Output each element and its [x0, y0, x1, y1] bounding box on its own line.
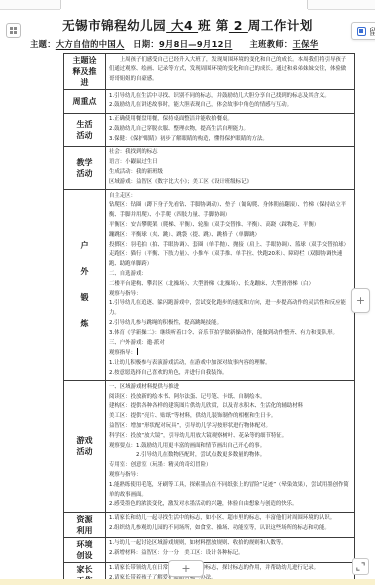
row-label: 户 外 锻 炼 — [64, 190, 106, 381]
cell-line: 1.与幼儿一起讨论区域游戏规则，如材料摆放规则、收拾的规则和人数等。 — [109, 539, 351, 549]
cell-line: 1.引导幼儿在生活中寻找、识别不同的标志，并鼓励幼儿大胆分享自己找到的标志及其含… — [109, 92, 351, 102]
bottom-toolbar-edge — [0, 579, 375, 585]
row-label: 主题诠 释及推 进 — [64, 54, 106, 90]
text-segment: 无锡市锦程幼儿园 — [62, 18, 166, 33]
row-content-cell[interactable]: 1.正确使用餐盘用餐，保持桌面整洁并能收拾餐桌。2.鼓励幼儿自己穿脱衣服、整理衣… — [106, 113, 355, 146]
cell-line: 钻爬区：钻圈（蹲下身子先看钻、手脚协调动）、垫子（匍匐爬、身体朝前翻滚）、竹梯（… — [109, 201, 351, 221]
plan-meta-line: 主题：大方自信的中国人 日期：9月8日—9月12日 主班教师：王保华 — [30, 38, 375, 50]
table-row: 生活 活动1.正确使用餐盘用餐，保持桌面整洁并能收拾餐桌。2.鼓励幼儿自己穿脱衣… — [64, 113, 355, 146]
cell-line: 一、区域游戏材料提供与推进 — [109, 383, 351, 393]
cell-line: 观察与指导： — [109, 471, 351, 481]
row-content-cell[interactable]: 一、区域游戏材料提供与推进阅读区：投放新的绘本书、阿尔法蛋、记号笔、卡纸、自制绘… — [106, 381, 355, 512]
cell-line: 1.能熟练使用毛笔，牙刷等工具，探索墨点在不同纸张上的冒险“足迹”（晕染效果），… — [109, 481, 351, 501]
row-label: 游戏 活动 — [64, 381, 106, 512]
cell-line: 语言：小鼹鼠过生日 — [109, 158, 351, 168]
cell-line: 建构区：提供各种各样的建筑图片供幼儿欣赏，以及青水积木、生活化的辅助材料 — [109, 402, 351, 412]
cell-line: 走跑区：猫行（平衡、下肢力量）、小推车（双手推、单手拉、快跑20米）、障碍栏（双… — [109, 250, 351, 270]
cell-line: 2.引导幼儿参与跳绳的积极性，提高跳绳技能。 — [109, 319, 351, 329]
cell-line: 美工区：提供“亮片、贴纸”等材料，供幼儿装饰制作的相框和生日卡。 — [109, 412, 351, 422]
add-row-button[interactable]: + — [168, 560, 204, 577]
cell-line: 上周孩子们感受自己已经升入大班了，发现周围环境的变化和自己的成长。本周我们将引导… — [109, 56, 351, 85]
comment-button[interactable]: 留 — [351, 22, 375, 40]
row-content-cell[interactable]: 1.与幼儿一起讨论区域游戏规则，如材料摆放规则、收拾的规则和人数等。2.新增材料… — [106, 537, 355, 562]
cell-line: 二楼平台建构、攀岩区（北操场）、大型滑梯（北操场）、长龙蹦床、大型滑滑梯（白） — [109, 280, 351, 290]
cell-line: 1.正确使用餐盘用餐，保持桌面整洁并能收拾餐桌。 — [109, 115, 351, 125]
row-label: 环境 创设 — [64, 537, 106, 562]
add-column-button[interactable]: + — [351, 288, 370, 313]
expand-icon — [356, 562, 365, 571]
cell-line: 投掷区：羽毛拍（拍、手眼协调）、套圈（单手抛）、抛接（肩上、手眼协调）、篮球（双… — [109, 241, 351, 251]
cell-line: 自主走区： — [109, 192, 351, 202]
text-segment: 大4 — [166, 18, 198, 33]
text-segment: 大方自信的中国人 — [56, 39, 125, 49]
cell-line: 蹦跳区：平衡球（夹、跳）、跳袋（提、跳）、跳格子（单脚跳） — [109, 231, 351, 241]
cell-line: 观察指导： — [109, 348, 351, 359]
document-page: 无锡市锦程幼儿园 大4 班 第 2 周工作计划 主题：大方自信的中国人 日期：9… — [0, 10, 375, 585]
cell-line: 3.保健：《保护眼睛》初步了解眼睛的构造，懂得保护眼睛的方法。 — [109, 135, 351, 145]
text-segment: 2 — [229, 18, 248, 33]
text-segment: 主题： — [30, 39, 56, 49]
cell-line: 益智区：增加“形状配对玩具”，引导幼儿学习按形状进行物体配对。 — [109, 422, 351, 432]
text-segment: 主班教师： — [232, 39, 292, 49]
row-label: 教学 活动 — [64, 146, 106, 189]
cell-line: 2.引导幼儿在数物匹配时，尝试点数更多数量的物体。 — [109, 451, 351, 461]
page-title: 无锡市锦程幼儿园 大4 班 第 2 周工作计划 — [0, 16, 375, 34]
row-content-cell[interactable]: 上周孩子们感受自己已经升入大班了，发现周围环境的变化和自己的成长。本周我们将引导… — [106, 54, 355, 90]
cell-line: 观察要点：1.鼓励幼儿用更丰富的画面和情节画出自己开心的事。 — [109, 442, 351, 452]
table-row: 游戏 活动一、区域游戏材料提供与推进阅读区：投放新的绘本书、阿尔法蛋、记号笔、卡… — [64, 381, 355, 512]
cell-line: 二、自选游戏： — [109, 270, 351, 280]
cell-line: 1.请家长带领幼儿在日常生活中寻找各种标志，探讨标志的作用，并帮助幼儿进行记录。 — [109, 564, 351, 574]
table-drag-handle-icon[interactable] — [6, 23, 21, 38]
text-segment: 周工作计划 — [248, 18, 313, 33]
text-segment: 日期： — [125, 39, 159, 49]
comment-button-label: 留 — [369, 25, 375, 38]
row-label: 资源 利用 — [64, 512, 106, 537]
table-row: 户 外 锻 炼自主走区：钻爬区：钻圈（蹲下身子先看钻、手脚协调动）、垫子（匍匐爬… — [64, 190, 355, 381]
cell-line: 区域游戏：益智区《数字比大小》；美工区《设计班级标记》 — [109, 178, 351, 188]
plan-table[interactable]: 主题诠 释及推 进 上周孩子们感受自己已经升入大班了，发现周围环境的变化和自己的… — [63, 53, 355, 585]
cell-line: 2.鼓励幼儿在讲述故事时，能大胆表现自己，体会故事中角色的情感与互动。 — [109, 101, 351, 111]
cell-line: 阅读区：投放新的绘本书、阿尔法蛋、记号笔、卡纸、自制绘本。 — [109, 393, 351, 403]
cell-line: 科学区：投放“放大镜”，引导幼儿用放大镜观察树叶、花朵等的细节特征。 — [109, 432, 351, 442]
text-segment: 班 第 — [198, 18, 229, 33]
cell-line: 1.请家长和幼儿一起寻找生活中的标志，如小区、超市里的标志，丰富他们对周围环境的… — [109, 514, 351, 524]
plus-icon: + — [181, 562, 190, 575]
grid-icon — [10, 27, 18, 35]
cell-line: 社会：我找到的标志 — [109, 148, 351, 158]
table-row: 周重点1.引导幼儿在生活中寻找、识别不同的标志，并鼓励幼儿大胆分享自己找到的标志… — [64, 90, 355, 114]
row-label: 周重点 — [64, 90, 106, 114]
table-row: 主题诠 释及推 进 上周孩子们感受自己已经升入大班了，发现周围环境的变化和自己的… — [64, 54, 355, 90]
cell-line: 生成活动：我的新班级 — [109, 168, 351, 178]
row-content-cell[interactable]: 1.请家长和幼儿一起寻找生活中的标志，如小区、超市里的标志，丰富他们对周围环境的… — [106, 512, 355, 537]
cell-line: 平衡区：安吉攀爬架（爬梯、平衡）、轮胎（双手交替推、平衡）、高跷（踩物走、平衡） — [109, 221, 351, 231]
cell-line: 2.组织幼儿参观幼儿园的不同场所，如食堂、操场、功能室等，认识这些场所的标志和功… — [109, 524, 351, 534]
row-content-cell[interactable]: 自主走区：钻爬区：钻圈（蹲下身子先看钻、手脚协调动）、垫子（匍匐爬、身体朝前翻滚… — [106, 190, 355, 381]
cell-line: 1.引导幼儿在追逐、躲闪跑游戏中，尝试变化跑步的速度和方向，进一步提高动作的灵活… — [109, 299, 351, 319]
row-content-cell[interactable]: 社会：我找到的标志语言：小鼹鼠过生日生成活动：我的新班级区域游戏：益智区《数字比… — [106, 146, 355, 189]
row-content-cell[interactable]: 1.引导幼儿在生活中寻找、识别不同的标志，并鼓励幼儿大胆分享自己找到的标志及其含… — [106, 90, 355, 114]
table-row: 环境 创设1.与幼儿一起讨论区域游戏规则，如材料摆放规则、收拾的规则和人数等。2… — [64, 537, 355, 562]
row-label: 生活 活动 — [64, 113, 106, 146]
text-segment: 9月8日—9月12日 — [159, 39, 232, 49]
plus-icon: + — [356, 294, 365, 307]
text-cursor — [137, 348, 138, 355]
cell-line: 2.鼓励幼儿自己穿脱衣服、整理衣物，提高生活自理能力。 — [109, 125, 351, 135]
table-row: 教学 活动社会：我找到的标志语言：小鼹鼠过生日生成活动：我的新班级区域游戏：益智… — [64, 146, 355, 189]
cell-line: 1.让幼儿积极参与表演游戏活动，在游戏中加深对故事内容的理解。 — [109, 359, 351, 369]
table-row: 资源 利用1.请家长和幼儿一起寻找生活中的标志，如小区、超市里的标志，丰富他们对… — [64, 512, 355, 537]
note-icon — [357, 27, 366, 36]
cell-line: 2.感受墨色的浓淡变化，激发对水墨活动的兴趣，体验自由想象与创造的快乐。 — [109, 500, 351, 510]
cell-line: 观察与指导： — [109, 290, 351, 300]
cell-line: 三、户外游戏：邀·派对 — [109, 339, 351, 349]
text-segment: 王保华 — [293, 39, 319, 49]
cell-line: 2.按意愿选择自己喜欢的角色，并进行自我装饰。 — [109, 369, 351, 379]
page-corner — [60, 0, 308, 9]
cell-line: 3.体育《学新操二》：继续听着口令、音乐节拍学做新操动作，能做到动作整齐、有力和… — [109, 329, 351, 339]
cell-line: 专用室：创意室（玩墨：精灵的奇幻冒险） — [109, 461, 351, 471]
cell-line: 2.新增材料：益智区：分一分 美工区：设计各种标记。 — [109, 549, 351, 559]
expand-button[interactable] — [352, 558, 369, 575]
